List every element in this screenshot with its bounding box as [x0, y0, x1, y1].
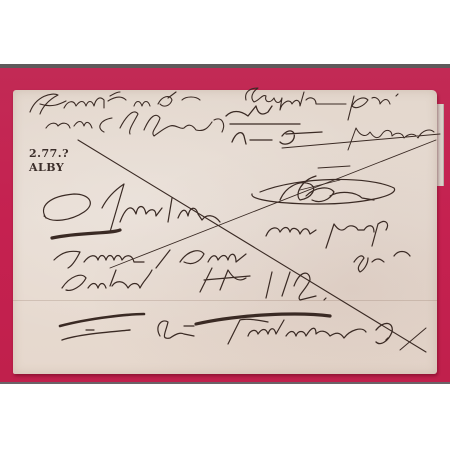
handwriting-line6 — [62, 268, 326, 300]
signature-flourish — [252, 166, 395, 204]
underline-strokes — [60, 314, 330, 340]
handwriting-strokes — [0, 0, 450, 450]
handwriting-line3 — [226, 106, 440, 150]
handwriting-line7 — [158, 319, 392, 344]
handwriting-line5 — [52, 230, 410, 272]
handwriting-line2 — [46, 112, 224, 136]
handwriting-line1 — [30, 88, 398, 120]
